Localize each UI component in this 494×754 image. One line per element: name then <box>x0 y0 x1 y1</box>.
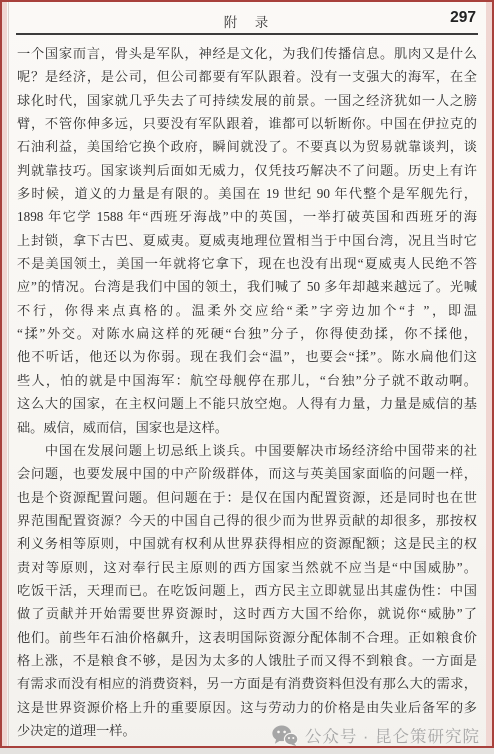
photo-edge-bottom <box>0 748 494 754</box>
text-line: 这是世界资源价格上升的重要原因。这与劳动力的价格是由失业后备军的多 <box>17 696 477 719</box>
text-line: 他不听话，他还以为你弱。现在我们会“温”，也要会“揉”。陈水扁他们这 <box>17 345 477 368</box>
text-line: 石油利益，美国给它换个政府，瞬间就没了。不要真以为贸易就靠谈判，谈 <box>17 135 477 158</box>
text-line: 做了贡献并开始需要世界资源时，这时西方大国不给你，就说你“威胁”了 <box>17 602 477 625</box>
text-line: 利义务相等原则，中国就有权利从世界获得相应的资源配额；这是民主的权 <box>17 532 477 555</box>
photo-edge-left <box>2 2 7 746</box>
text-line: 不行，你得来点真格的。温柔外交应给“柔”字旁边加个“扌”，即温 <box>17 299 477 322</box>
watermark: 公众号 · 昆仑策研究院 <box>272 723 480 747</box>
wechat-icon <box>272 725 298 746</box>
text-line: 不是美国领土，美国一年就将它拿下，现在也没有出现“夏威夷人民绝不答 <box>17 252 477 275</box>
document-page: 附 录 297 一个国家而言，骨头是军队，神经是文化，为我们传播信息。肌肉又是什… <box>0 0 494 754</box>
text-line: 有需求而没有相应的消费资料，另一方面是有消费资料但没有那么大的需求， <box>17 672 477 695</box>
text-line: 一个国家而言，骨头是军队，神经是文化，为我们传播信息。肌肉又是什么 <box>17 42 477 65</box>
text-line: 判就靠技巧。国家谈判后面如无威力，仅凭技巧解决不了问题。历史上有许 <box>17 159 477 182</box>
header-divider <box>16 33 478 35</box>
photo-edge-left-line <box>0 0 2 746</box>
text-line: 他们。前些年石油价格飙升，这表明国际资源分配体制不合理。正如粮食价 <box>17 626 477 649</box>
page-edge-shadow <box>8 2 9 746</box>
page-number: 297 <box>450 9 476 27</box>
text-line: 中国在发展问题上切忌纸上谈兵。中国要解决市场经济给中国带来的社 <box>17 439 477 462</box>
text-line: 吃饭干活，天理而已。在吃饭问题上，西方民主立即就显出其虚伪性：中国 <box>17 579 477 602</box>
text-line: 1898 年它学 1588 年“西班牙海战”中的英国，一举打破英国和西班牙的海 <box>17 205 477 228</box>
text-line: 础。威信，威而信，国家也是这样。 <box>17 416 477 439</box>
photo-edge-top <box>0 0 494 2</box>
text-line: 界范围配置资源？今天的中国自己得的很少而为世界贡献的却很多，那按权 <box>17 509 477 532</box>
watermark-text: 公众号 · 昆仑策研究院 <box>305 723 480 747</box>
page-body: 一个国家而言，骨头是军队，神经是文化，为我们传播信息。肌肉又是什么呢？是经济，是… <box>17 42 477 742</box>
text-line: 呢？是经济，是公司，但公司都要有军队跟着。没有一支强大的海军，在全 <box>17 65 477 88</box>
running-head-title: 附 录 <box>0 11 494 31</box>
text-line: 臂，不管你伸多远，只要没有军队跟着，谁都可以斩断你。中国在伊拉克的 <box>17 112 477 135</box>
text-line: 球化时代，国家就几乎失去了可持续发展的前景。一国之经济犹如一人之膀 <box>17 89 477 112</box>
text-line: 应”的情况。台湾是我们中国的领土，我们喊了 50 多年却越来越远了。光喊 <box>17 275 477 298</box>
text-line: 些人，怕的就是中国海军：航空母舰停在那儿，“台独”分子就不敢动啊。 <box>17 369 477 392</box>
text-line: 格上涨，不是粮食不够，是因为太多的人饿肚子而又得不到粮食。一方面是 <box>17 649 477 672</box>
text-line: 会问题，也要发展中国的中产阶级群体，而这与英美国家面临的问题一样， <box>17 462 477 485</box>
text-line: 也是个资源配置问题。但问题在于：是仅在国内配置资源，还是同时也在世 <box>17 486 477 509</box>
text-line: 责对等原则，这对奉行民主原则的西方国家当然就不应当是“中国威胁”。 <box>17 556 477 579</box>
text-line: 这么大的国家，在主权问题上不能只放空炮。人得有力量，力量是威信的基 <box>17 392 477 415</box>
text-line: 多时候，道义的力量是有限的。美国在 19 世纪 90 年代整个是军舰先行， <box>17 182 477 205</box>
text-line: “揉”外交。对陈水扁这样的死硬“台独”分子，你得使劲揉，你不揉他， <box>17 322 477 345</box>
text-line: 上封锁，拿下古巴、夏威夷。夏威夷地理位置相当于中国台湾，况且当时它 <box>17 229 477 252</box>
